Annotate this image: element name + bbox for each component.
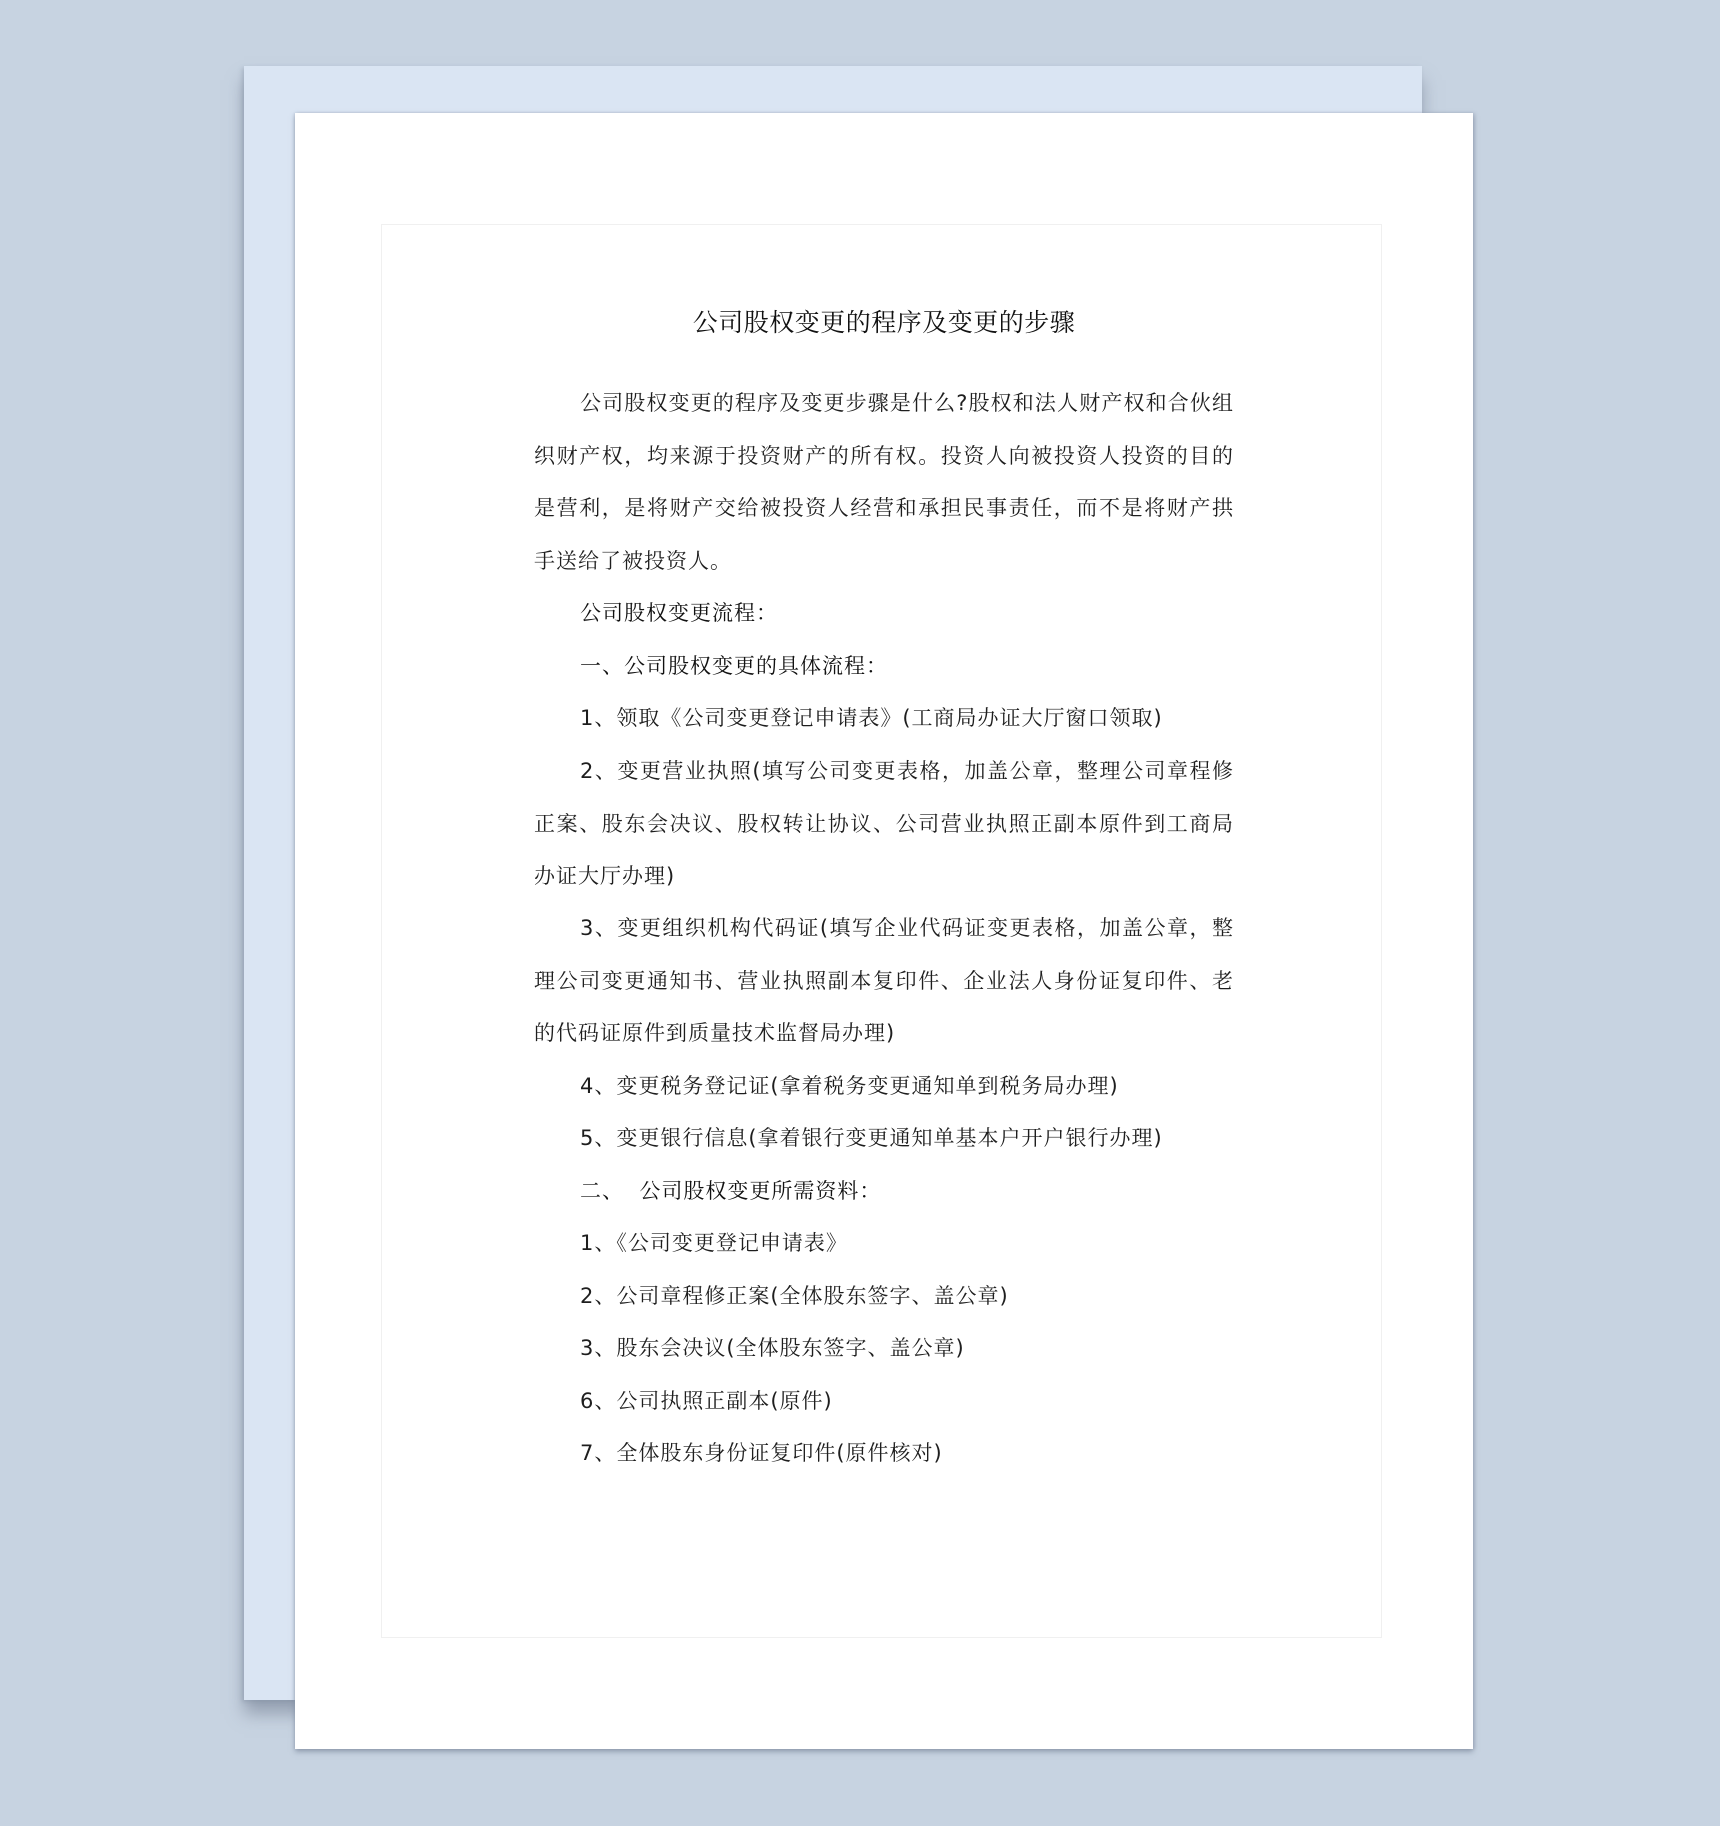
part1-item-2: 2、变更营业执照(填写公司变更表格，加盖公章，整理公司章程修正案、股东会决议、股…	[534, 745, 1234, 903]
section-heading: 公司股权变更流程：	[534, 587, 1234, 640]
part2-item-2: 2、公司章程修正案(全体股东签字、盖公章)	[534, 1270, 1234, 1323]
part1-item-4: 4、变更税务登记证(拿着税务变更通知单到税务局办理)	[534, 1060, 1234, 1113]
part2-item-3: 3、股东会决议(全体股东签字、盖公章)	[534, 1322, 1234, 1375]
part1-item-1: 1、领取《公司变更登记申请表》(工商局办证大厅窗口领取)	[534, 692, 1234, 745]
part2-item-6: 6、公司执照正副本(原件)	[534, 1375, 1234, 1428]
intro-paragraph: 公司股权变更的程序及变更步骤是什么?股权和法人财产权和合伙组织财产权，均来源于投…	[534, 377, 1234, 587]
part1-item-3: 3、变更组织机构代码证(填写企业代码证变更表格，加盖公章，整理公司变更通知书、营…	[534, 902, 1234, 1060]
document-title: 公司股权变更的程序及变更的步骤	[534, 296, 1234, 350]
part2-item-7: 7、全体股东身份证复印件(原件核对)	[534, 1427, 1234, 1480]
part2-heading: 二、 公司股权变更所需资料：	[534, 1165, 1234, 1218]
part2-item-1: 1、《公司变更登记申请表》	[534, 1217, 1234, 1270]
part1-item-5: 5、变更银行信息(拿着银行变更通知单基本户开户银行办理)	[534, 1112, 1234, 1165]
part1-heading: 一、公司股权变更的具体流程：	[534, 640, 1234, 693]
